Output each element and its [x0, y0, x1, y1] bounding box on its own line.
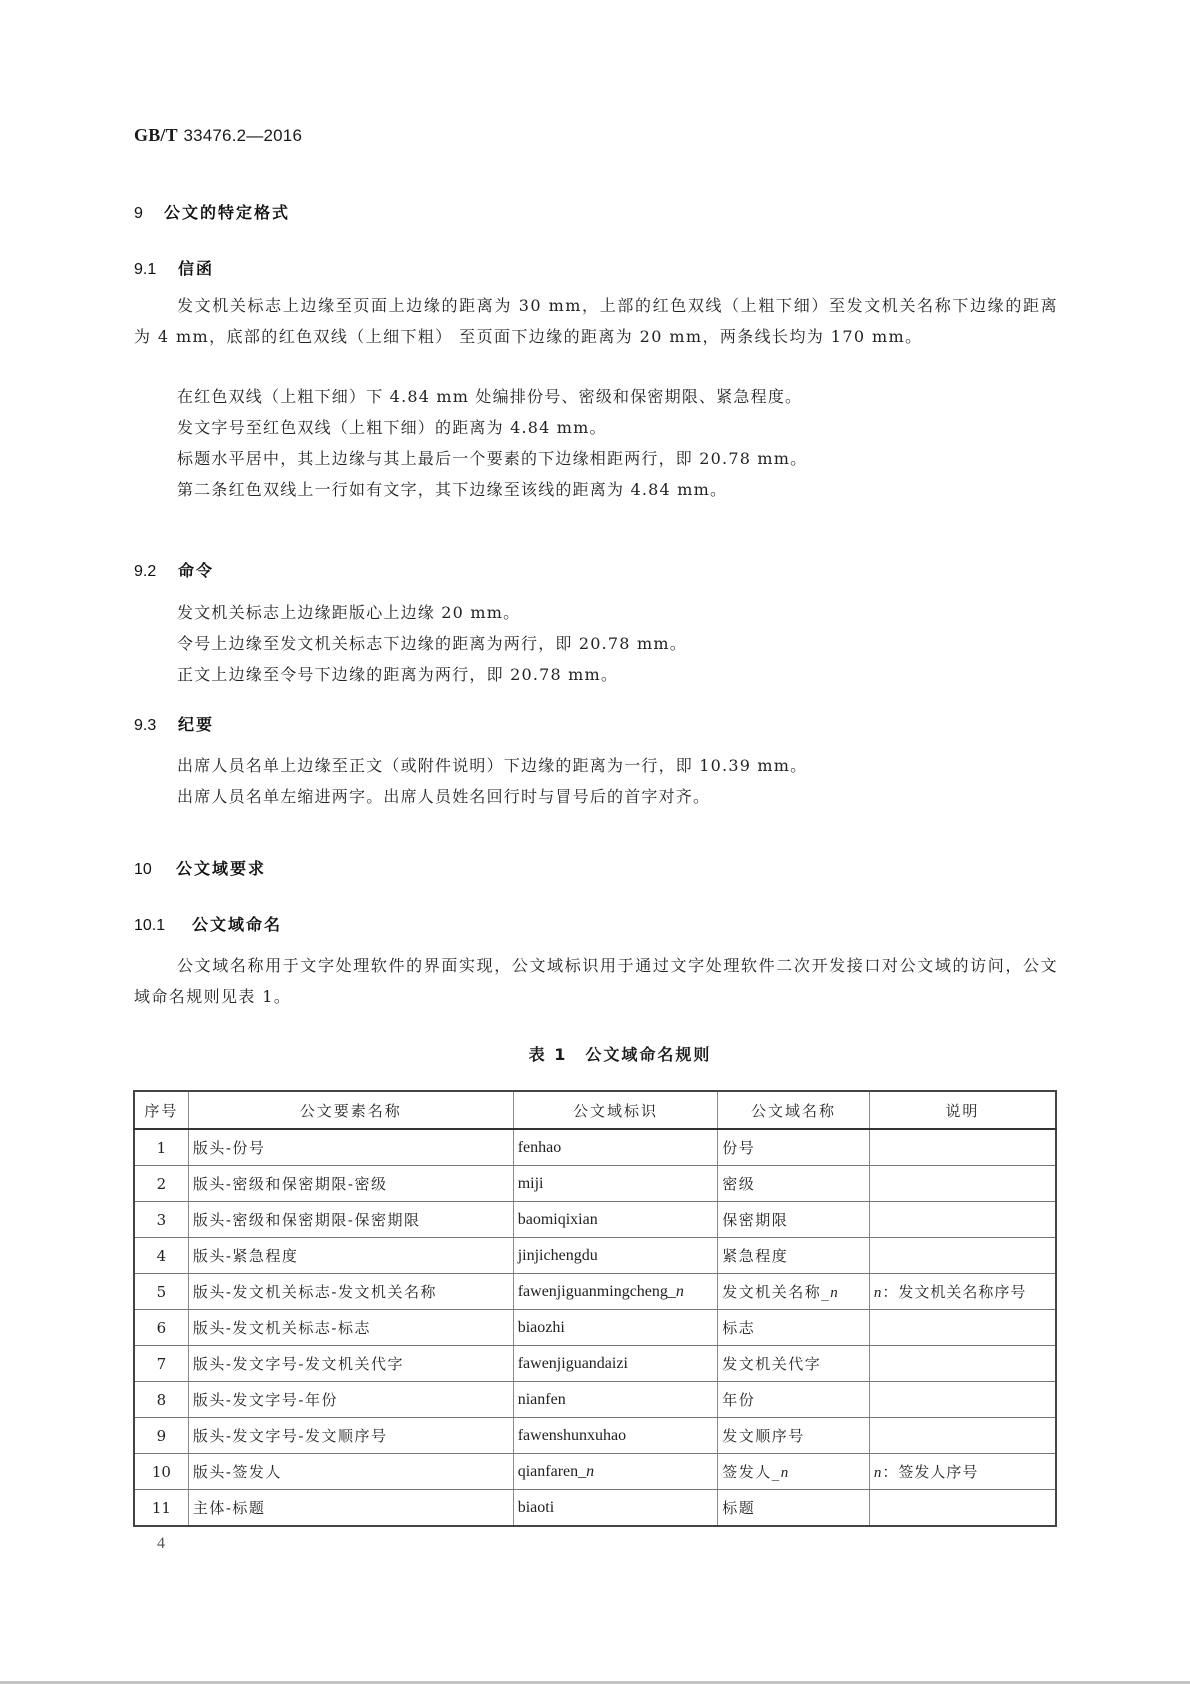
section-title: 公文域命名: [192, 915, 282, 934]
section-title: 纪要: [178, 715, 214, 734]
cell-no: 1: [134, 1129, 188, 1166]
section-9-2-heading: 9.2命令: [134, 558, 214, 581]
cell-no: 11: [134, 1490, 188, 1527]
cell-no: 2: [134, 1166, 188, 1202]
cell-element: 版头-密级和保密期限-保密期限: [188, 1202, 513, 1238]
cell-note: [869, 1310, 1056, 1346]
section-9-3-line-1: 出席人员名单上边缘至正文（或附件说明）下边缘的距离为一行，即 10.39 mm。: [177, 753, 807, 776]
name-variable: n: [830, 1285, 839, 1301]
section-10-1-heading: 10.1公文域命名: [134, 912, 282, 935]
section-10-heading: 10公文域要求: [134, 856, 266, 879]
cell-note: [869, 1418, 1056, 1454]
cell-element: 版头-发文字号-年份: [188, 1382, 513, 1418]
table-row: 3 版头-密级和保密期限-保密期限 baomiqixian 保密期限: [134, 1202, 1056, 1238]
cell-name: 密级: [718, 1166, 870, 1202]
section-9-1-line-3: 标题水平居中，其上边缘与其上最后一个要素的下边缘相距两行，即 20.78 mm。: [177, 446, 807, 469]
cell-element: 版头-发文机关标志-发文机关名称: [188, 1274, 513, 1310]
cell-note: [869, 1166, 1056, 1202]
header-no: 序号: [134, 1091, 188, 1129]
cell-name: 签发人_n: [718, 1454, 870, 1490]
cell-element: 版头-密级和保密期限-密级: [188, 1166, 513, 1202]
cell-note: [869, 1346, 1056, 1382]
section-10-1-paragraph: 公文域名称用于文字处理软件的界面实现，公文域标识用于通过文字处理软件二次开发接口…: [134, 950, 1058, 1012]
name-variable: n: [781, 1465, 790, 1481]
section-number: 9.1: [134, 261, 178, 279]
cell-ident: jinjichengdu: [513, 1238, 718, 1274]
cell-no: 3: [134, 1202, 188, 1238]
cell-element: 版头-份号: [188, 1129, 513, 1166]
section-number: 9: [134, 205, 164, 223]
paragraph-text: 发文机关标志上边缘至页面上边缘的距离为 30 mm，上部的红色双线（上粗下细）至…: [134, 290, 1058, 352]
cell-name: 发文机关代字: [718, 1346, 870, 1382]
section-number: 9.3: [134, 717, 178, 735]
cell-note: [869, 1238, 1056, 1274]
cell-note: [869, 1490, 1056, 1527]
table-row: 5 版头-发文机关标志-发文机关名称 fawenjiguanmingcheng_…: [134, 1274, 1056, 1310]
standard-number: 33476.2—2016: [183, 126, 302, 145]
section-9-1-line-2: 发文字号至红色双线（上粗下细）的距离为 4.84 mm。: [177, 415, 607, 438]
cell-note: [869, 1129, 1056, 1166]
header-note: 说明: [869, 1091, 1056, 1129]
cell-element: 主体-标题: [188, 1490, 513, 1527]
cell-ident: nianfen: [513, 1382, 718, 1418]
section-title: 公文域要求: [176, 859, 266, 878]
cell-name: 年份: [718, 1382, 870, 1418]
table-caption: 表 1公文域命名规则: [0, 1042, 1190, 1065]
cell-no: 4: [134, 1238, 188, 1274]
note-text: ：签发人序号: [882, 1463, 978, 1481]
section-number: 10.1: [134, 917, 192, 935]
cell-ident: qianfaren_n: [513, 1454, 718, 1490]
cell-name: 标题: [718, 1490, 870, 1527]
section-9-2-line-3: 正文上边缘至令号下边缘的距离为两行，即 20.78 mm。: [177, 662, 618, 685]
cell-ident: fenhao: [513, 1129, 718, 1166]
section-9-1-heading: 9.1信函: [134, 256, 214, 279]
name-text: 发文机关名称_: [722, 1283, 830, 1301]
table-row: 10 版头-签发人 qianfaren_n 签发人_n n：签发人序号: [134, 1454, 1056, 1490]
cell-no: 9: [134, 1418, 188, 1454]
cell-ident: fawenshunxuhao: [513, 1418, 718, 1454]
name-text: 签发人_: [722, 1463, 781, 1481]
section-9-3-line-2: 出席人员名单左缩进两字。出席人员姓名回行时与冒号后的首字对齐。: [177, 784, 710, 807]
cell-element: 版头-发文机关标志-标志: [188, 1310, 513, 1346]
cell-element: 版头-发文字号-发文顺序号: [188, 1418, 513, 1454]
section-9-2-line-1: 发文机关标志上边缘距版心上边缘 20 mm。: [177, 600, 520, 623]
cell-element: 版头-紧急程度: [188, 1238, 513, 1274]
table-header-row: 序号 公文要素名称 公文域标识 公文域名称 说明: [134, 1091, 1056, 1129]
section-9-2-line-2: 令号上边缘至发文机关标志下边缘的距离为两行，即 20.78 mm。: [177, 631, 687, 654]
table-row: 9 版头-发文字号-发文顺序号 fawenshunxuhao 发文顺序号: [134, 1418, 1056, 1454]
paragraph-text: 公文域名称用于文字处理软件的界面实现，公文域标识用于通过文字处理软件二次开发接口…: [134, 950, 1058, 1012]
standard-prefix: GB/T: [134, 125, 178, 145]
cell-element: 版头-发文字号-发文机关代字: [188, 1346, 513, 1382]
ident-text: qianfaren_: [518, 1463, 586, 1480]
ident-variable: n: [676, 1283, 684, 1300]
cell-name: 紧急程度: [718, 1238, 870, 1274]
table-row: 6 版头-发文机关标志-标志 biaozhi 标志: [134, 1310, 1056, 1346]
header-name: 公文域名称: [718, 1091, 870, 1129]
cell-no: 6: [134, 1310, 188, 1346]
page-number: 4: [157, 1535, 165, 1553]
section-title: 公文的特定格式: [164, 203, 290, 222]
table-row: 2 版头-密级和保密期限-密级 miji 密级: [134, 1166, 1056, 1202]
section-9-3-heading: 9.3纪要: [134, 712, 214, 735]
ident-text: fawenjiguanmingcheng_: [518, 1283, 676, 1300]
section-number: 9.2: [134, 563, 178, 581]
cell-name: 发文顺序号: [718, 1418, 870, 1454]
header-ident: 公文域标识: [513, 1091, 718, 1129]
cell-element: 版头-签发人: [188, 1454, 513, 1490]
section-9-1-line-4: 第二条红色双线上一行如有文字，其下边缘至该线的距离为 4.84 mm。: [177, 477, 727, 500]
table-row: 11 主体-标题 biaoti 标题: [134, 1490, 1056, 1527]
naming-rules-table: 序号 公文要素名称 公文域标识 公文域名称 说明 1 版头-份号 fenhao …: [133, 1090, 1057, 1527]
section-title: 命令: [178, 561, 214, 580]
cell-name: 份号: [718, 1129, 870, 1166]
header-element: 公文要素名称: [188, 1091, 513, 1129]
cell-note: [869, 1202, 1056, 1238]
cell-no: 10: [134, 1454, 188, 1490]
cell-note: n：签发人序号: [869, 1454, 1056, 1490]
table-row: 4 版头-紧急程度 jinjichengdu 紧急程度: [134, 1238, 1056, 1274]
table-row: 8 版头-发文字号-年份 nianfen 年份: [134, 1382, 1056, 1418]
ident-variable: n: [586, 1463, 594, 1480]
section-number: 10: [134, 861, 176, 879]
section-9-1-paragraph: 发文机关标志上边缘至页面上边缘的距离为 30 mm，上部的红色双线（上粗下细）至…: [134, 290, 1058, 352]
cell-note: n：发文机关名称序号: [869, 1274, 1056, 1310]
cell-ident: fawenjiguanmingcheng_n: [513, 1274, 718, 1310]
cell-note: [869, 1382, 1056, 1418]
cell-no: 8: [134, 1382, 188, 1418]
table-row: 1 版头-份号 fenhao 份号: [134, 1129, 1056, 1166]
section-9-1-line-1: 在红色双线（上粗下细）下 4.84 mm 处编排份号、密级和保密期限、紧急程度。: [177, 384, 802, 407]
cell-ident: baomiqixian: [513, 1202, 718, 1238]
cell-ident: miji: [513, 1166, 718, 1202]
section-9-heading: 9公文的特定格式: [134, 200, 290, 223]
table-row: 7 版头-发文字号-发文机关代字 fawenjiguandaizi 发文机关代字: [134, 1346, 1056, 1382]
section-title: 信函: [178, 259, 214, 278]
cell-name: 保密期限: [718, 1202, 870, 1238]
cell-ident: biaoti: [513, 1490, 718, 1527]
note-text: ：发文机关名称序号: [882, 1283, 1026, 1301]
cell-ident: biaozhi: [513, 1310, 718, 1346]
cell-no: 5: [134, 1274, 188, 1310]
cell-no: 7: [134, 1346, 188, 1382]
table-caption-label: 表 1: [529, 1045, 568, 1064]
cell-name: 标志: [718, 1310, 870, 1346]
cell-ident: fawenjiguandaizi: [513, 1346, 718, 1382]
cell-name: 发文机关名称_n: [718, 1274, 870, 1310]
table-caption-title: 公文域命名规则: [585, 1045, 711, 1064]
standard-code: GB/T 33476.2—2016: [134, 125, 302, 146]
